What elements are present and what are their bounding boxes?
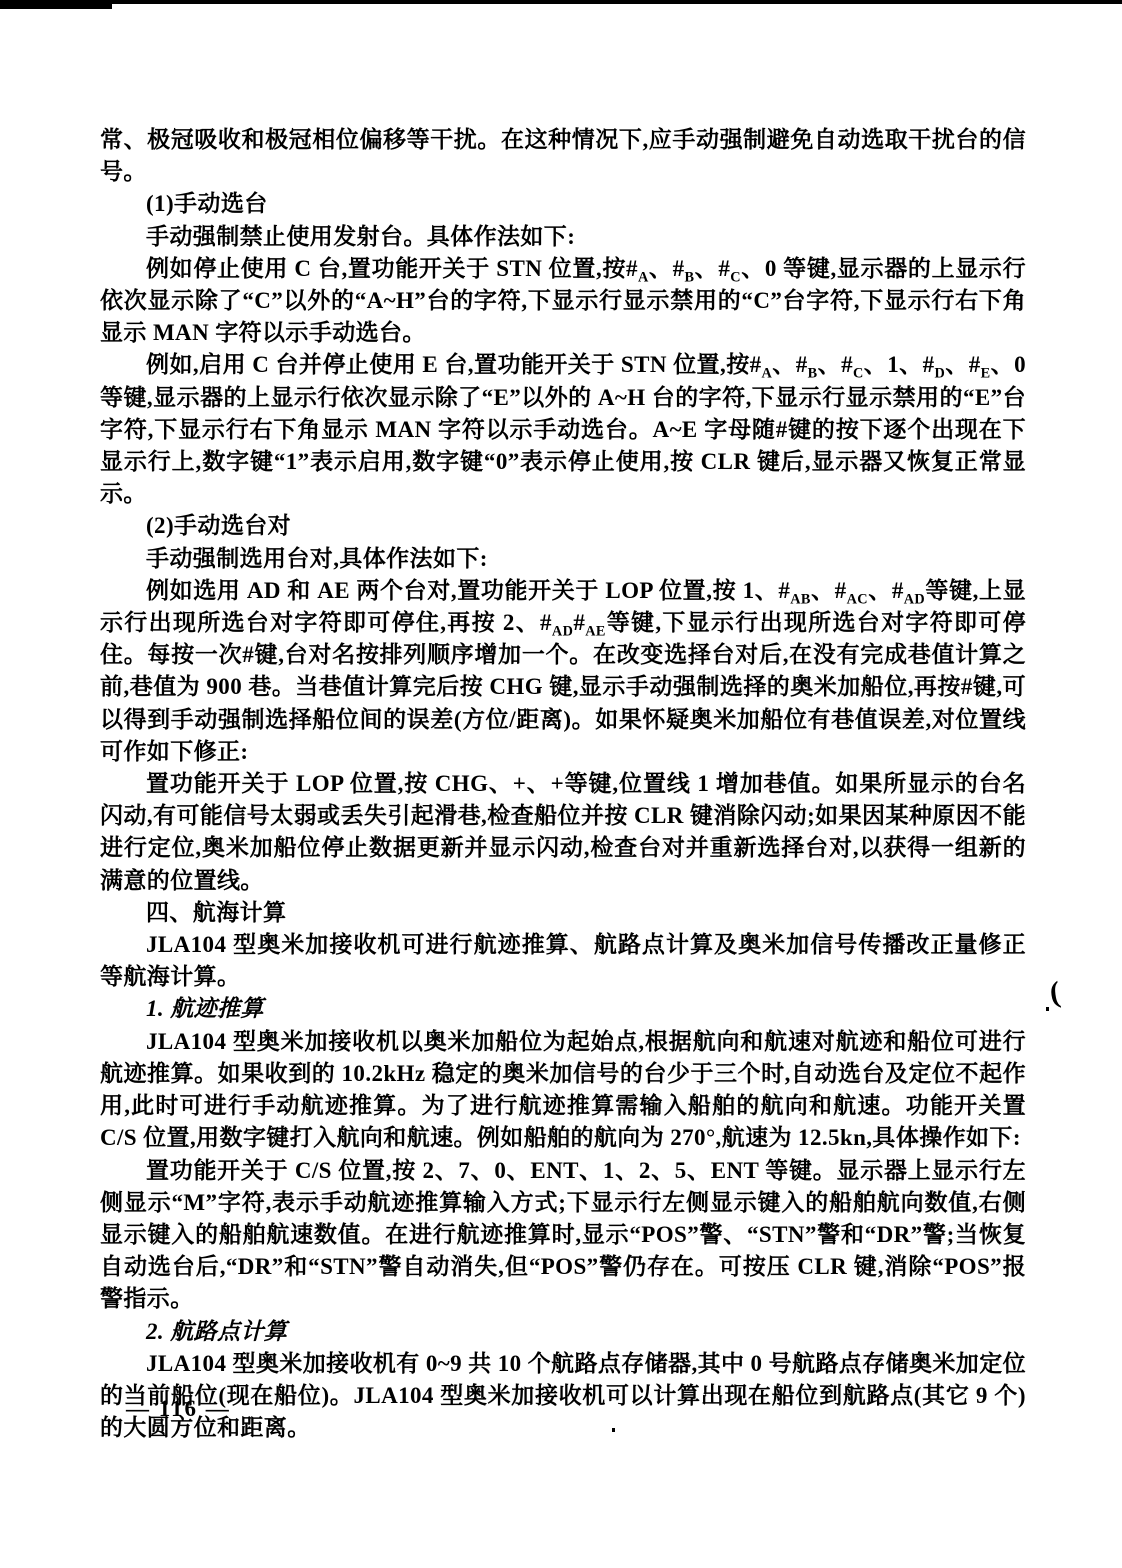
scan-artifact-mark: ( bbox=[1048, 975, 1063, 1010]
scan-speck bbox=[1046, 1007, 1049, 1011]
paragraph: 置功能开关于 C/S 位置,按 2、7、0、ENT、1、2、5、ENT 等键。显… bbox=[100, 1155, 1026, 1316]
paragraph: 例如,启用 C 台并停止使用 E 台,置功能开关于 STN 位置,按#A、#B、… bbox=[100, 349, 1026, 510]
paragraph: (1)手动选台 bbox=[100, 188, 1026, 220]
scan-speck bbox=[612, 1428, 615, 1432]
paragraph: 例如选用 AD 和 AE 两个台对,置功能开关于 LOP 位置,按 1、#AB、… bbox=[100, 575, 1026, 768]
paragraph: JLA104 型奥米加接收机以奥米加船位为起始点,根据航向和航速对航迹和船位可进… bbox=[100, 1026, 1026, 1155]
page-body: 常、极冠吸收和极冠相位偏移等干扰。在这种情况下,应手动强制避免自动选取干扰台的信… bbox=[100, 124, 1026, 1444]
paragraph: 手动强制选用台对,具体作法如下: bbox=[100, 543, 1026, 575]
scan-edge-top bbox=[0, 0, 1122, 4]
paragraph: (2)手动选台对 bbox=[100, 510, 1026, 542]
scan-edge-top-left bbox=[0, 0, 112, 9]
paragraph: 常、极冠吸收和极冠相位偏移等干扰。在这种情况下,应手动强制避免自动选取干扰台的信… bbox=[100, 124, 1026, 188]
paragraph: 手动强制禁止使用发射台。具体作法如下: bbox=[100, 221, 1026, 253]
paragraph: 四、航海计算 bbox=[100, 897, 1026, 929]
paragraph: JLA104 型奥米加接收机有 0~9 共 10 个航路点存储器,其中 0 号航… bbox=[100, 1348, 1026, 1445]
page-number: — 116 — bbox=[126, 1396, 231, 1422]
paragraph: 置功能开关于 LOP 位置,按 CHG、+、+等键,位置线 1 增加巷值。如果所… bbox=[100, 768, 1026, 897]
paragraph: JLA104 型奥米加接收机可进行航迹推算、航路点计算及奥米加信号传播改正量修正… bbox=[100, 929, 1026, 993]
paragraph: 1. 航迹推算 bbox=[100, 993, 1026, 1025]
paragraph: 2. 航路点计算 bbox=[100, 1316, 1026, 1348]
paragraph: 例如停止使用 C 台,置功能开关于 STN 位置,按#A、#B、#C、0 等键,… bbox=[100, 253, 1026, 350]
